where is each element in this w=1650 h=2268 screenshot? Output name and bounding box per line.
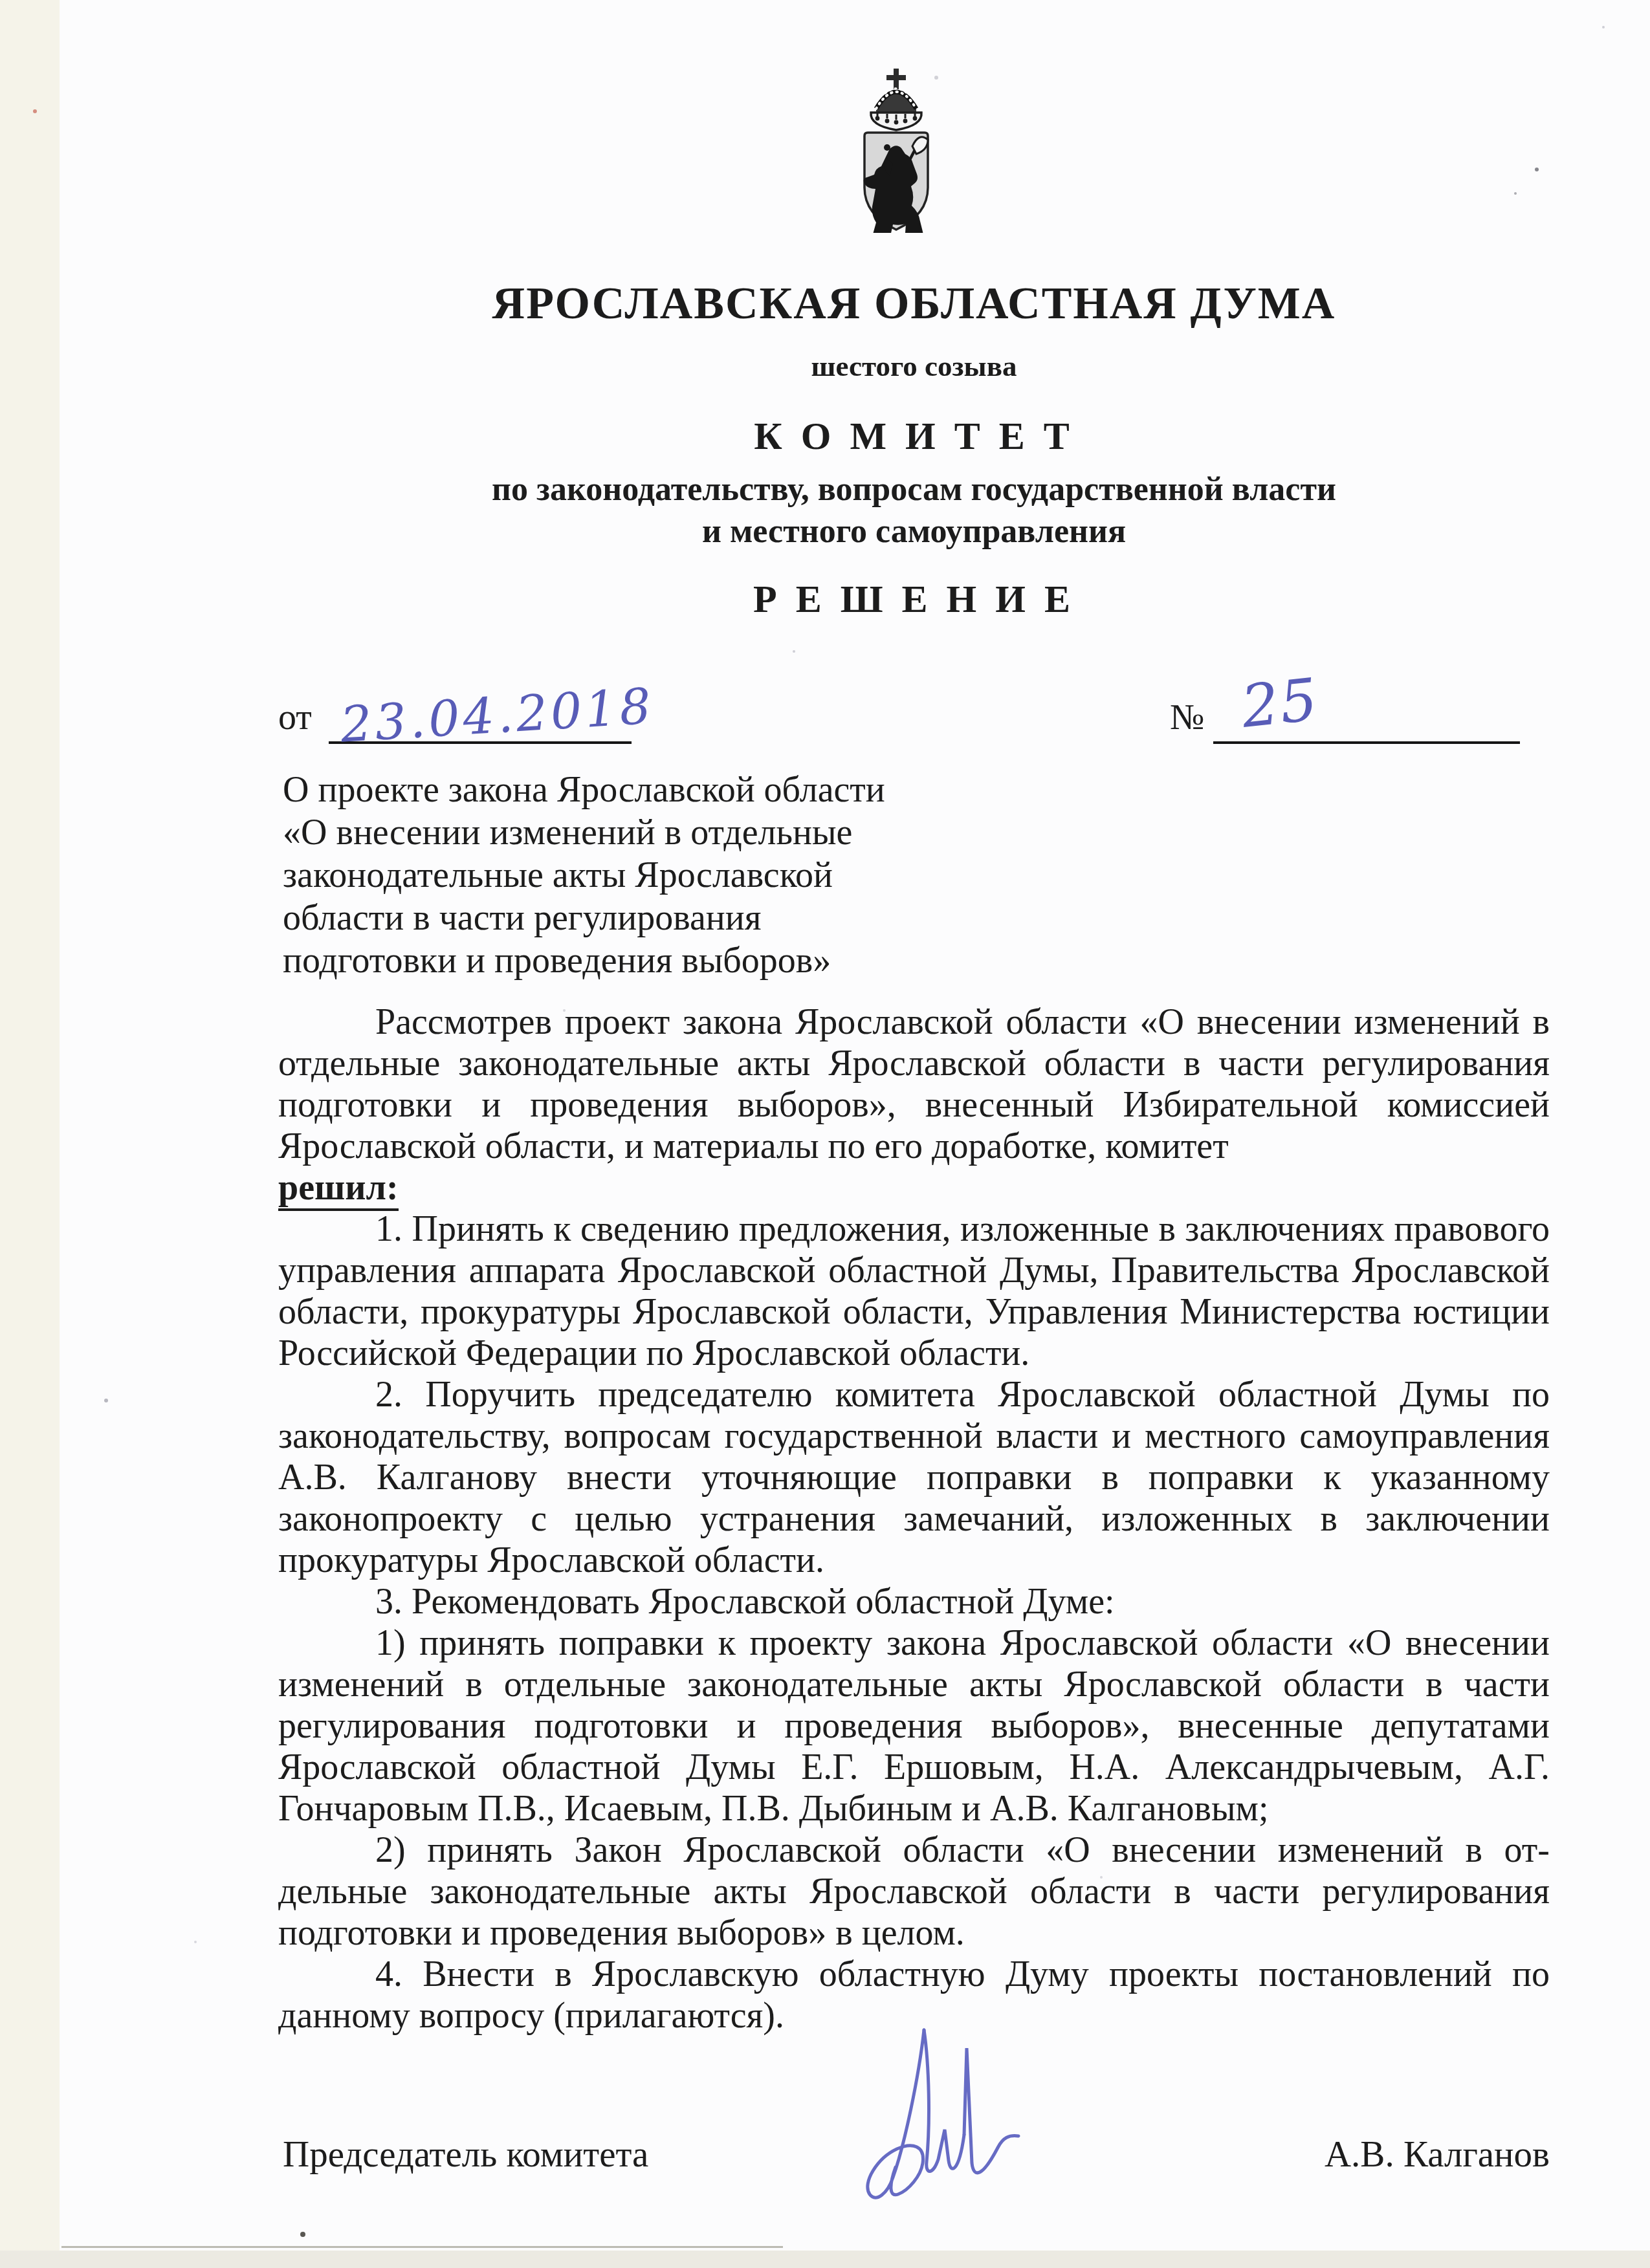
scan-artifact-line xyxy=(61,2246,783,2248)
body-item-2: 2. Поручить председателю комитета Яросла… xyxy=(278,1374,1550,1581)
committee-subtitle-line2: и местного самоуправления xyxy=(278,512,1550,551)
signature-row: Председатель комитета А.В. Калганов xyxy=(283,2133,1550,2175)
body-item-1: 1. Принять к сведению предложения, излож… xyxy=(278,1208,1550,1374)
subject-line: законодательные акты Ярославской xyxy=(283,854,885,897)
committee-title: К О М И Т Е Т xyxy=(278,414,1550,459)
scanner-edge-strip xyxy=(0,0,60,2268)
date-number-row: от23.04.2018 №25 xyxy=(278,679,1550,744)
date-group: от23.04.2018 xyxy=(278,679,632,744)
body-subitem-1: 1) принять поправки к проекту закона Яро… xyxy=(278,1622,1550,1829)
handwritten-number: 25 xyxy=(1238,666,1322,741)
number-group: №25 xyxy=(1170,679,1520,744)
subject-line: подготовки и проведения выборов» xyxy=(283,939,885,982)
number-label: № xyxy=(1170,682,1204,744)
yaroslavl-coat-of-arms-icon xyxy=(853,67,940,233)
organization-name: ЯРОСЛАВСКАЯ ОБЛАСТНАЯ ДУМА xyxy=(278,278,1550,330)
scanned-document-page: { "page": { "org_name": "ЯРОСЛАВСКАЯ ОБЛ… xyxy=(0,0,1650,2268)
signer-position: Председатель комитета xyxy=(283,2133,648,2175)
resolved-line: решил: xyxy=(278,1167,1550,1208)
subject-line: «О внесении изменений в отдельные xyxy=(283,811,885,854)
intro-paragraph: Рассмотрев проект закона Ярославской обл… xyxy=(278,1001,1550,1167)
number-underline: 25 xyxy=(1213,679,1520,744)
signer-name: А.В. Калганов xyxy=(1325,2133,1550,2175)
scanner-bottom-band xyxy=(0,2251,1650,2268)
handwritten-signature-icon xyxy=(822,2005,1042,2225)
subject-line: области в части регулирования xyxy=(283,897,885,939)
resolved-word: решил: xyxy=(278,1168,399,1211)
body-item-3: 3. Рекомендовать Ярославской областной Д… xyxy=(278,1581,1550,1622)
handwritten-date: 23.04.2018 xyxy=(338,677,655,753)
document-subject: О проекте закона Ярославской области «О … xyxy=(283,769,885,982)
document-type-title: Р Е Ш Е Н И Е xyxy=(278,577,1550,622)
convocation-line: шестого созыва xyxy=(278,349,1550,383)
committee-subtitle-line1: по законодательству, вопросам государств… xyxy=(278,470,1550,508)
body-subitem-2: 2) принять Закон Ярославской области «О … xyxy=(278,1829,1550,1954)
date-underline: 23.04.2018 xyxy=(329,679,632,744)
date-label: от xyxy=(278,682,312,744)
subject-line: О проекте закона Ярославской области xyxy=(283,769,885,811)
document-body: Рассмотрев проект закона Ярославской обл… xyxy=(278,1001,1550,2036)
